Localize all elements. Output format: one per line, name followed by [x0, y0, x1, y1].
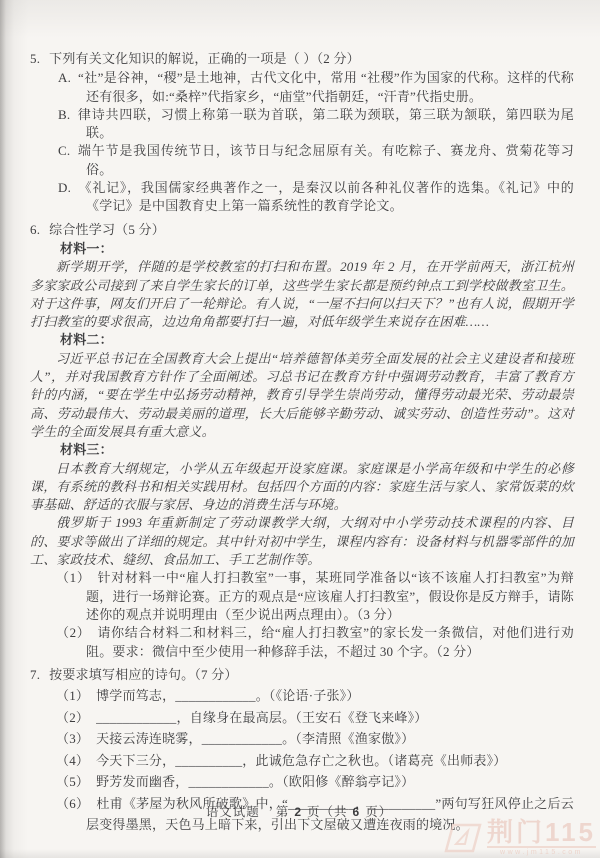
footer-text: 页（共	[307, 805, 348, 819]
question-7-stem: 7.按要求填写相应的诗句。（7 分）	[30, 666, 574, 684]
material-3-label: 材料三：	[30, 441, 574, 459]
question-stem-text: 综合性学习（5 分）	[49, 222, 165, 237]
page-footer: 语文试题第2页（共6页）	[0, 802, 600, 820]
subquestion-2: （2）请你结合材料二和材料三，给“雇人打扫教室”的家长发一条微信，对他们进行劝阻…	[30, 624, 574, 661]
option-text: 端午节是我国传统节日，该节日与纪念屈原有关。有吃粽子、赛龙舟、赏菊花等习俗。	[77, 143, 574, 176]
footer-text: 第	[276, 805, 290, 819]
question-stem-text: 按要求填写相应的诗句。（7 分）	[49, 667, 237, 682]
question-5: 5.下列有关文化知识的解说，正确的一项是（ ）（2 分） A.“社”是谷神，“稷…	[30, 50, 574, 216]
verse-label: （3）	[56, 731, 89, 746]
subquestion-text: 请你结合材料二和材料三，给“雇人打扫教室”的家长发一条微信，对他们进行劝阻。要求…	[86, 625, 574, 658]
verse-label: （4）	[56, 753, 89, 768]
subquestion-label: （1）	[56, 570, 91, 585]
option-c: C.端午节是我国传统节日，该节日与纪念屈原有关。有吃粽子、赛龙舟、赏菊花等习俗。	[30, 142, 574, 179]
footer-total-pages: 6	[353, 805, 361, 819]
verse-item-2: （2）____________，自缘身在最高层。（王安石《登飞来峰》）	[30, 707, 574, 729]
material-1-paragraph: 新学期开学，伴随的是学校教室的打扫和布置。2019 年 2 月，在开学前两天，浙…	[30, 258, 574, 331]
option-b: B.律诗共四联，习惯上称第一联为首联，第二联为颈联，第三联为颔联，第四联为尾联。	[30, 106, 574, 143]
subquestion-text: 针对材料一中“雇人打扫教室”一事，某班同学准备以“该不该雇人打扫教室”为辩题，进…	[86, 570, 574, 622]
material-1-label: 材料一：	[30, 240, 574, 258]
verse-item-3: （3）天接云涛连晓雾，____________。（李清照《渔家傲》）	[30, 728, 574, 750]
verse-text: 博学而笃志，____________。（《论语·子张》）	[96, 688, 359, 703]
verse-item-4: （4）今天下三分，__________，此诚危急存亡之秋也。（诸葛亮《出师表》）	[30, 750, 574, 772]
material-3-paragraph-1: 日本教育大纲规定，小学从五年级起开设家庭课。家庭课是小学高年级和中学生的必修课，…	[30, 460, 574, 515]
material-2-paragraph: 习近平总书记在全国教育大会上提出“培养德智体美劳全面发展的社会主义建设者和接班人…	[30, 350, 574, 441]
question-number: 5.	[30, 51, 40, 66]
option-text: “社”是谷神，“稷”是土地神，古代文化中，常用 “社稷”作为国家的代称。这样的代…	[78, 70, 574, 103]
footer-page-number: 2	[294, 805, 302, 819]
footer-text: 页）	[365, 805, 392, 819]
option-d: D.《礼记》，我国儒家经典著作之一，是秦汉以前各种礼仪著作的选集。《礼记》中的《…	[30, 179, 574, 216]
watermark-sub-text: www.jm115.com	[487, 849, 596, 856]
option-label: A.	[58, 70, 71, 85]
subquestion-1: （1）针对材料一中“雇人打扫教室”一事，某班同学准备以“该不该雇人打扫教室”为辩…	[30, 569, 574, 624]
footer-paper-title: 语文试题	[206, 805, 260, 819]
verse-item-1: （1）博学而笃志，____________。（《论语·子张》）	[30, 685, 574, 707]
verse-label: （2）	[56, 710, 89, 725]
option-label: D.	[58, 180, 71, 195]
question-number: 6.	[30, 222, 40, 237]
material-2-label: 材料二：	[30, 331, 574, 349]
scanned-exam-page: 5.下列有关文化知识的解说，正确的一项是（ ）（2 分） A.“社”是谷神，“稷…	[0, 0, 600, 858]
verse-text: 野芳发而幽香，____________。（欧阳修《醉翁亭记》）	[96, 774, 414, 789]
question-5-stem: 5.下列有关文化知识的解说，正确的一项是（ ）（2 分）	[30, 50, 574, 68]
verse-label: （5）	[56, 774, 89, 789]
option-a: A.“社”是谷神，“稷”是土地神，古代文化中，常用 “社稷”作为国家的代称。这样…	[30, 69, 574, 106]
question-6: 6.综合性学习（5 分） 材料一： 新学期开学，伴随的是学校教室的打扫和布置。2…	[30, 221, 574, 661]
option-label: C.	[58, 143, 70, 158]
verse-label: （1）	[56, 688, 89, 703]
verse-text: ____________，自缘身在最高层。（王安石《登飞来峰》）	[96, 710, 427, 725]
subquestion-label: （2）	[56, 625, 90, 640]
exam-content: 5.下列有关文化知识的解说，正确的一项是（ ）（2 分） A.“社”是谷神，“稷…	[30, 50, 574, 841]
question-number: 7.	[30, 667, 40, 682]
verse-item-5: （5）野芳发而幽香，____________。（欧阳修《醉翁亭记》）	[30, 771, 574, 793]
material-3-paragraph-2: 俄罗斯于 1993 年重新制定了劳动课教学大纲，大纲对中小学劳动技术课程的内容、…	[30, 514, 574, 569]
option-text: 《礼记》，我国儒家经典著作之一，是秦汉以前各种礼仪著作的选集。《礼记》中的《学记…	[78, 180, 574, 213]
verse-text: 天接云涛连晓雾，____________。（李清照《渔家傲》）	[96, 731, 414, 746]
option-text: 律诗共四联，习惯上称第一联为首联，第二联为颈联，第三联为颔联，第四联为尾联。	[77, 107, 574, 140]
verse-text: 今天下三分，__________，此诚危急存亡之秋也。（诸葛亮《出师表》）	[96, 753, 506, 768]
question-6-stem: 6.综合性学习（5 分）	[30, 221, 574, 239]
option-label: B.	[58, 107, 70, 122]
question-stem-text: 下列有关文化知识的解说，正确的一项是（ ）（2 分）	[49, 51, 360, 66]
